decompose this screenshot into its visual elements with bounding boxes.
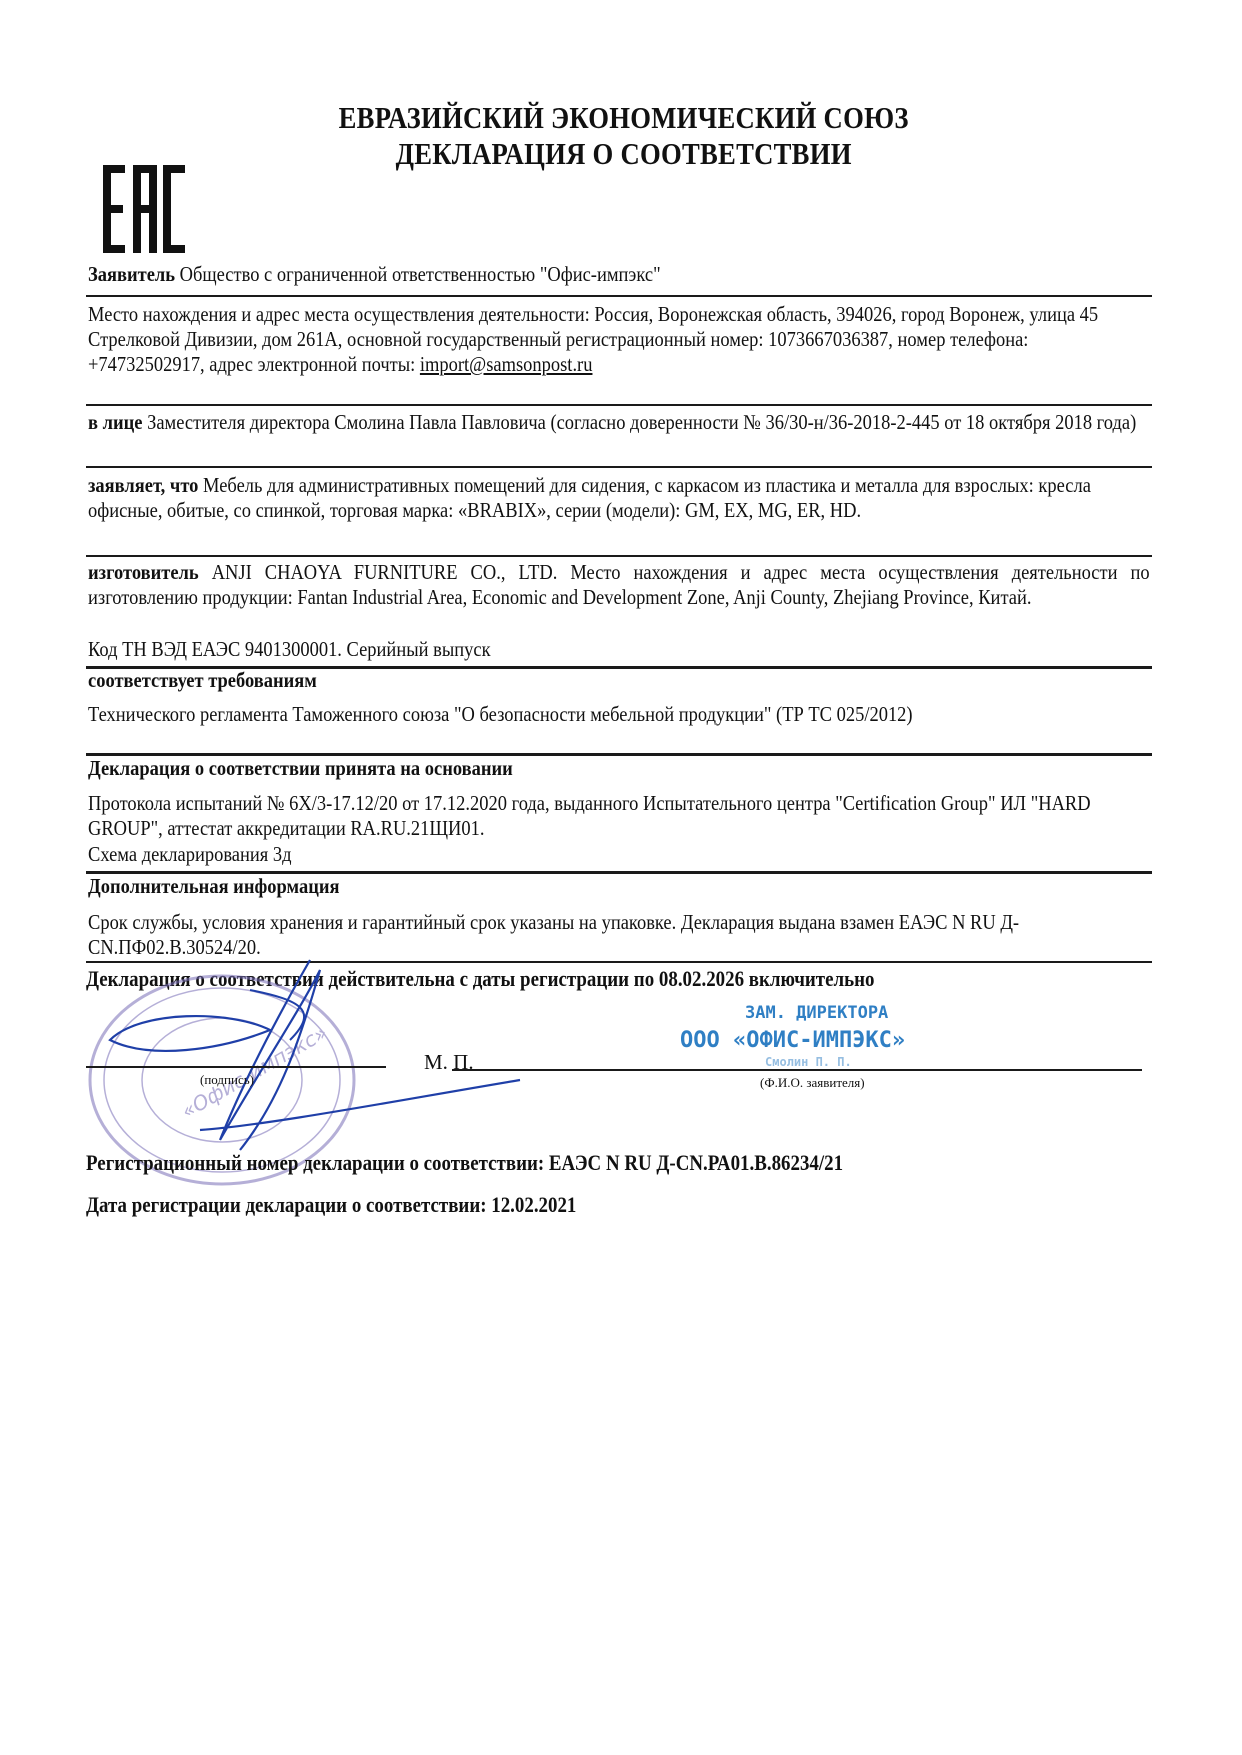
declares-section: заявляет, что Мебель для административны… bbox=[88, 473, 1150, 523]
divider bbox=[86, 555, 1152, 557]
divider bbox=[86, 404, 1152, 406]
stamp-company: ООО «ОФИС-ИМПЭКС» bbox=[680, 1028, 905, 1053]
eac-logo-icon bbox=[103, 165, 185, 253]
applicant-section: Заявитель Общество с ограниченной ответс… bbox=[88, 262, 1150, 287]
address-section: Место нахождения и адрес места осуществл… bbox=[88, 302, 1150, 377]
basis-section: Протокола испытаний № 6Х/3-17.12/20 от 1… bbox=[88, 791, 1150, 841]
manufacturer-section: изготовитель ANJI CHAOYA FURNITURE CO., … bbox=[88, 560, 1150, 610]
hs-code: Код ТН ВЭД ЕАЭС 9401300001. Серийный вып… bbox=[88, 637, 1150, 662]
declaration-page: ЕВРАЗИЙСКИЙ ЭКОНОМИЧЕСКИЙ СОЮЗ ДЕКЛАРАЦИ… bbox=[0, 0, 1242, 1755]
name-line bbox=[452, 1069, 1142, 1071]
compliance-heading-line: соответствует требованиям bbox=[88, 668, 1150, 693]
applicant-value: Общество с ограниченной ответственностью… bbox=[175, 262, 661, 286]
represented-label: в лице bbox=[88, 410, 142, 434]
signature-caption: (подпись) bbox=[200, 1072, 254, 1088]
registration-number: Регистрационный номер декларации о соотв… bbox=[86, 1150, 843, 1176]
scheme-line: Схема декларирования 3д bbox=[88, 842, 1150, 867]
applicant-label: Заявитель bbox=[88, 262, 175, 286]
additional-heading: Дополнительная информация bbox=[88, 874, 1150, 899]
title-union: ЕВРАЗИЙСКИЙ ЭКОНОМИЧЕСКИЙ СОЮЗ bbox=[90, 100, 1158, 136]
represented-section: в лице Заместителя директора Смолина Пав… bbox=[88, 410, 1150, 435]
basis-heading-line: Декларация о соответствии принята на осн… bbox=[88, 756, 1150, 781]
compliance-text: Технического регламента Таможенного союз… bbox=[88, 702, 1150, 727]
declares-label: заявляет, что bbox=[88, 473, 198, 497]
title-declaration: ДЕКЛАРАЦИЯ О СООТВЕТСТВИИ bbox=[90, 136, 1158, 172]
registration-date: Дата регистрации декларации о соответств… bbox=[86, 1192, 576, 1218]
address-text: Место нахождения и адрес места осуществл… bbox=[88, 302, 1098, 376]
name-caption: (Ф.И.О. заявителя) bbox=[760, 1075, 865, 1091]
divider bbox=[86, 466, 1152, 468]
represented-value: Заместителя директора Смолина Павла Павл… bbox=[142, 410, 1136, 434]
declares-value: Мебель для административных помещений дл… bbox=[88, 473, 1091, 522]
scheme-text: Схема декларирования 3д bbox=[88, 842, 1150, 867]
additional-heading-line: Дополнительная информация bbox=[88, 874, 1150, 899]
manufacturer-label: изготовитель bbox=[88, 560, 199, 584]
compliance-heading: соответствует требованиям bbox=[88, 668, 1150, 693]
signature-icon bbox=[70, 950, 590, 1160]
signature-line bbox=[86, 1066, 386, 1068]
divider bbox=[86, 295, 1152, 297]
basis-text: Протокола испытаний № 6Х/3-17.12/20 от 1… bbox=[88, 791, 1150, 841]
basis-heading: Декларация о соответствии принята на осн… bbox=[88, 756, 1150, 781]
compliance-section: Технического регламента Таможенного союз… bbox=[88, 702, 1150, 727]
stamp-position: ЗАМ. ДИРЕКТОРА bbox=[745, 1003, 888, 1023]
hs-code-line: Код ТН ВЭД ЕАЭС 9401300001. Серийный вып… bbox=[88, 637, 1150, 662]
email-link[interactable]: import@samsonpost.ru bbox=[420, 352, 593, 376]
stamp-place-label: М. П. bbox=[424, 1050, 474, 1075]
stamp-name: Смолин П. П. bbox=[765, 1055, 852, 1069]
manufacturer-value: ANJI CHAOYA FURNITURE CO., LTD. Место на… bbox=[88, 560, 1150, 609]
